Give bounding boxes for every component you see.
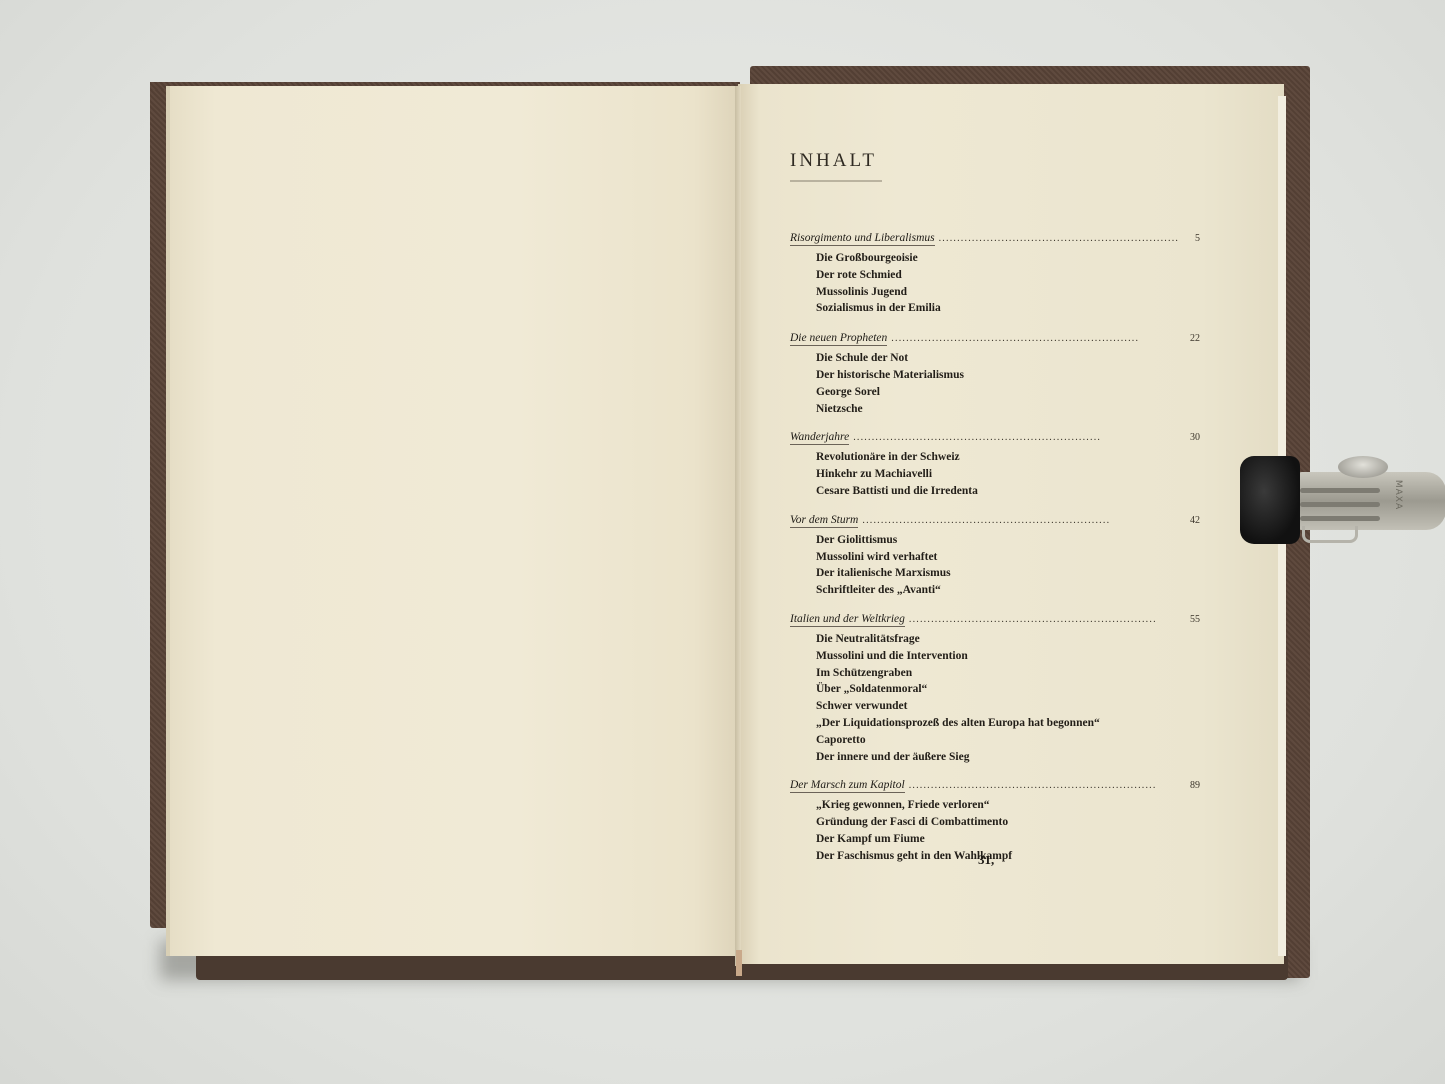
- chapter-entry: Italien und der Weltkrieg...............…: [790, 613, 1200, 765]
- title-pencil-underline: [790, 180, 882, 182]
- leader-dots: ........................................…: [891, 333, 1178, 344]
- section-title: Der historische Materialismus: [790, 367, 1200, 384]
- section-title: Die Schule der Not: [790, 350, 1200, 367]
- section-title: Sozialismus in der Emilia: [790, 300, 1200, 317]
- leader-dots: ........................................…: [909, 614, 1178, 625]
- section-title: Im Schützengraben: [790, 665, 1200, 682]
- section-title: Über „Soldatenmoral“: [790, 681, 1200, 698]
- chapter-page: 30: [1184, 432, 1200, 443]
- chapter-page: 89: [1184, 780, 1200, 791]
- section-title: Revolutionäre in der Schweiz: [790, 449, 1200, 466]
- section-title: Der rote Schmied: [790, 267, 1200, 284]
- section-title: Die Großbourgeoisie: [790, 250, 1200, 267]
- left-page-blank: [166, 86, 740, 956]
- clip-rivet: [1338, 456, 1388, 478]
- section-title: George Sorel: [790, 384, 1200, 401]
- section-title: Mussolini wird verhaftet: [790, 549, 1200, 566]
- binder-clip: MAXA: [1238, 450, 1445, 550]
- chapter-title: Wanderjahre: [790, 431, 849, 445]
- clip-metal-body: [1296, 472, 1445, 530]
- chapter-title: Die neuen Propheten: [790, 332, 887, 346]
- leader-dots: ........................................…: [853, 432, 1178, 443]
- section-title: Hinkehr zu Machiavelli: [790, 466, 1200, 483]
- section-title: Der Faschismus geht in den Wahlkampf: [790, 848, 1200, 865]
- section-title: „Der Liquidationsprozeß des alten Europa…: [790, 715, 1200, 732]
- chapter-entry: Die neuen Propheten.....................…: [790, 332, 1200, 417]
- chapter-title: Risorgimento und Liberalismus: [790, 232, 935, 246]
- section-title: Der innere und der äußere Sieg: [790, 749, 1200, 766]
- chapter-title: Vor dem Sturm: [790, 514, 858, 528]
- chapter-title: Der Marsch zum Kapitol: [790, 779, 905, 793]
- section-title: Der italienische Marxismus: [790, 565, 1200, 582]
- section-title: Caporetto: [790, 732, 1200, 749]
- leader-dots: ........................................…: [862, 515, 1178, 526]
- chapter-page: 55: [1184, 614, 1200, 625]
- section-title: Gründung der Fasci di Combattimento: [790, 814, 1200, 831]
- section-title: Die Neutralitätsfrage: [790, 631, 1200, 648]
- book-gutter: [735, 86, 741, 966]
- section-title: Mussolini und die Intervention: [790, 648, 1200, 665]
- chapter-page: 5: [1184, 233, 1200, 244]
- chapter-entry: Wanderjahre.............................…: [790, 431, 1200, 499]
- toc-title: INHALT: [790, 150, 1200, 172]
- section-title: „Krieg gewonnen, Friede verloren“: [790, 797, 1200, 814]
- section-title: Nietzsche: [790, 401, 1200, 418]
- section-title: Mussolinis Jugend: [790, 284, 1200, 301]
- chapter-page: 42: [1184, 515, 1200, 526]
- clip-wire: [1302, 526, 1358, 543]
- chapter-entry: Der Marsch zum Kapitol..................…: [790, 779, 1200, 864]
- clip-ridge: [1300, 502, 1380, 507]
- section-title: Schwer verwundet: [790, 698, 1200, 715]
- chapter-page: 22: [1184, 333, 1200, 344]
- clip-brand: MAXA: [1393, 480, 1403, 510]
- clip-rubber-grip: [1240, 456, 1300, 544]
- chapter-title: Italien und der Weltkrieg: [790, 613, 905, 627]
- bookmark-ribbon: [736, 950, 742, 976]
- section-title: Schriftleiter des „Avanti“: [790, 582, 1200, 599]
- table-of-contents: INHALT Risorgimento und Liberalismus....…: [790, 150, 1200, 865]
- leader-dots: ........................................…: [909, 780, 1178, 791]
- leader-dots: ........................................…: [939, 233, 1178, 244]
- clip-ridge: [1300, 488, 1380, 493]
- page-folio: 31,: [978, 852, 994, 868]
- chapter-entry: Vor dem Sturm...........................…: [790, 514, 1200, 599]
- section-title: Der Giolittismus: [790, 532, 1200, 549]
- clip-ridge: [1300, 516, 1380, 521]
- chapter-entry: Risorgimento und Liberalismus...........…: [790, 232, 1200, 317]
- section-title: Der Kampf um Fiume: [790, 831, 1200, 848]
- section-title: Cesare Battisti und die Irredenta: [790, 483, 1200, 500]
